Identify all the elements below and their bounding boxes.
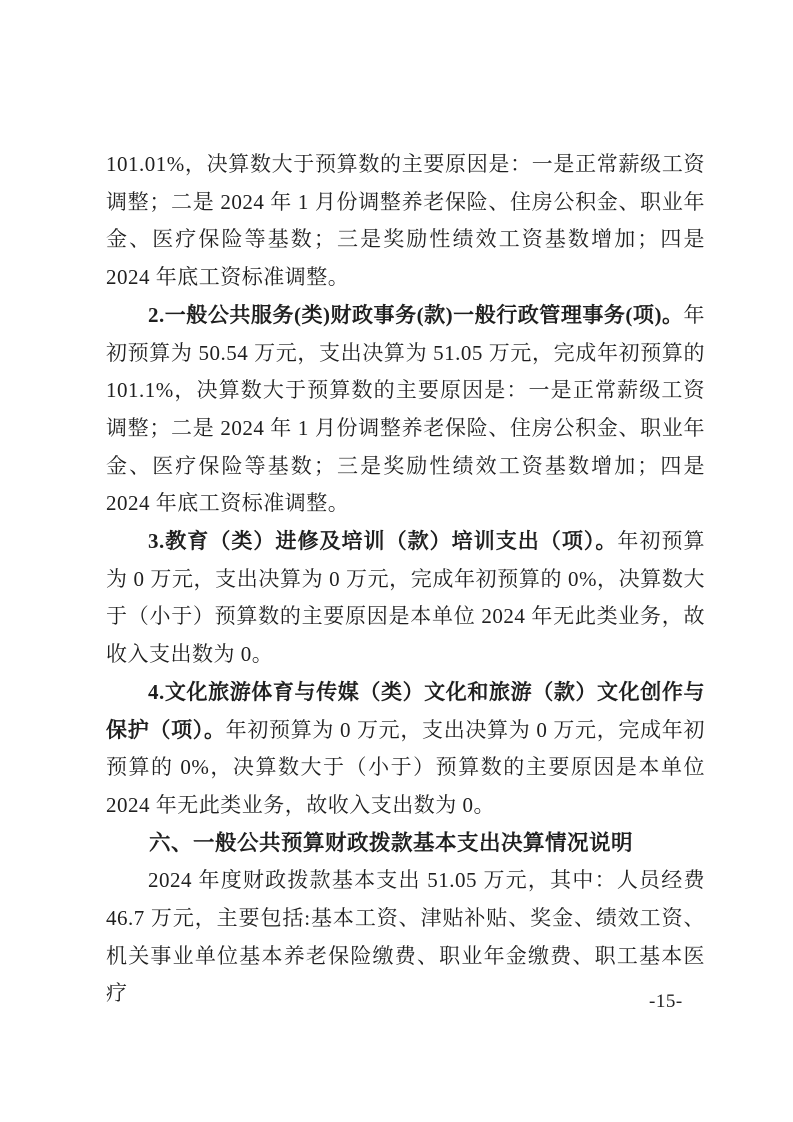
paragraph-continuation: 101.01%，决算数大于预算数的主要原因是：一是正常薪级工资调整；二是 202… (106, 146, 705, 297)
paragraph-item-4: 4.文化旅游体育与传媒（类）文化和旅游（款）文化创作与保护（项）。年初预算为 0… (106, 674, 705, 825)
paragraph-item-2-text: 年初预算为 50.54 万元，支出决算为 51.05 万元，完成年初预算的 10… (106, 303, 705, 516)
paragraph-item-3-lead: 3.教育（类）进修及培训（款）培训支出（项）。 (148, 529, 617, 553)
section-heading: 六、一般公共预算财政拨款基本支出决算情况说明 (106, 825, 705, 863)
paragraph-item-3: 3.教育（类）进修及培训（款）培训支出（项）。年初预算为 0 万元，支出决算为 … (106, 523, 705, 674)
paragraph-text: 101.01%，决算数大于预算数的主要原因是：一是正常薪级工资调整；二是 202… (106, 152, 705, 289)
paragraph-closing-text: 2024 年度财政拨款基本支出 51.05 万元，其中：人员经费 46.7 万元… (106, 868, 705, 1005)
document-page: 101.01%，决算数大于预算数的主要原因是：一是正常薪级工资调整；二是 202… (0, 0, 793, 1122)
page-content: 101.01%，决算数大于预算数的主要原因是：一是正常薪级工资调整；二是 202… (106, 146, 705, 1013)
paragraph-closing: 2024 年度财政拨款基本支出 51.05 万元，其中：人员经费 46.7 万元… (106, 862, 705, 1013)
paragraph-item-2-lead: 2.一般公共服务(类)财政事务(款)一般行政管理事务(项)。 (148, 303, 684, 327)
page-number: -15- (649, 991, 683, 1013)
paragraph-item-2: 2.一般公共服务(类)财政事务(款)一般行政管理事务(项)。年初预算为 50.5… (106, 297, 705, 523)
